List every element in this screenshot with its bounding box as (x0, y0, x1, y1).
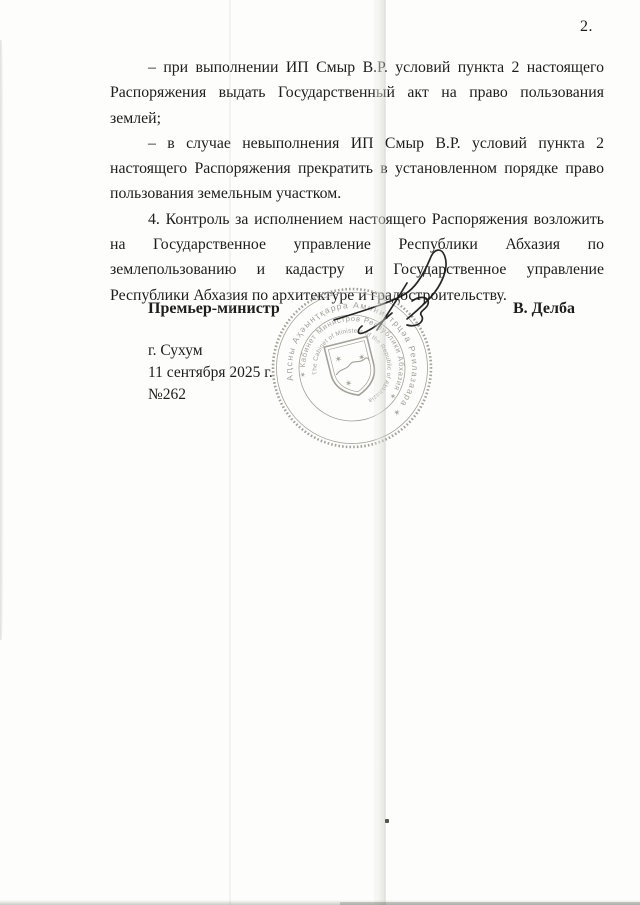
paragraph-condition-unfulfilled: – в случае невыполнения ИП Смыр В.Р. усл… (110, 131, 604, 207)
document-number: №262 (148, 386, 186, 404)
document-page: 2. – при выполнении ИП Смыр В.Р. условий… (0, 0, 640, 905)
scan-artifact-speck (385, 819, 389, 823)
coat-of-arms-shield-icon: ✶ ✶ ✶ (324, 336, 380, 400)
scan-artifact-bottom-shadow (0, 900, 640, 905)
svg-text:✶: ✶ (344, 378, 354, 390)
signatory-title: Премьер-министр (148, 300, 280, 318)
issue-date: 11 сентября 2025 г. (148, 364, 273, 382)
issue-city: г. Сухум (148, 342, 203, 360)
scan-artifact-left-edge (0, 40, 4, 640)
svg-text:✶: ✶ (357, 353, 367, 365)
handwritten-signature (328, 230, 508, 345)
paragraph-condition-fulfilled: – при выполнении ИП Смыр В.Р. условий пу… (110, 55, 604, 131)
svg-text:✶: ✶ (334, 354, 344, 366)
page-number: 2. (580, 18, 593, 36)
signatory-name: В. Делба (513, 300, 575, 318)
